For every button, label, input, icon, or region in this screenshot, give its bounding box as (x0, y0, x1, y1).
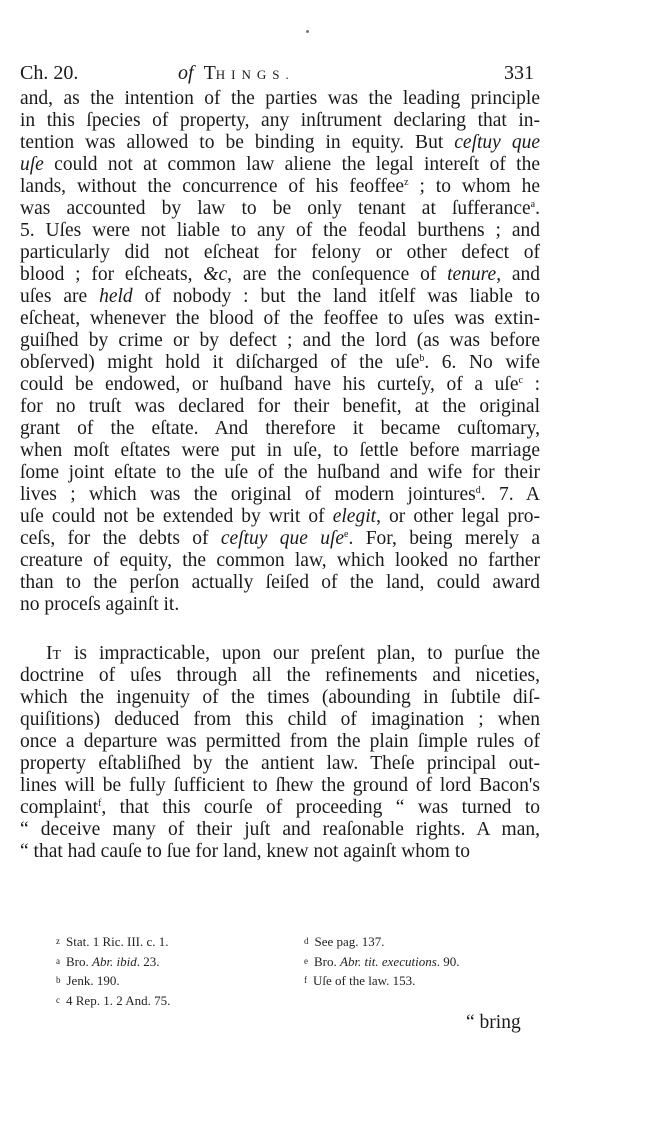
text-run: , or other legal pro- (376, 506, 540, 527)
footnotes-left-column: zStat. 1 Ric. III. c. 1.aBro. Abr. ibid.… (56, 932, 170, 1010)
text-run: : (523, 374, 540, 395)
text-run: lives ; which was the original of modern… (20, 484, 476, 505)
text-line: than to the perſon actually ſeiſed of th… (20, 572, 540, 594)
text-line: grant of the eſtate. And therefore it be… (20, 418, 540, 440)
text-line: IT is impracticable, upon our preſent pl… (20, 643, 540, 665)
text-run: . For, being merely a (348, 528, 540, 549)
running-title: ofTHINGS. (178, 62, 295, 85)
text-line: complaintf, that this courſe of proceedi… (20, 797, 540, 819)
italic-run: &c (203, 264, 227, 285)
footnote-text: 4 Rep. 1. 2 And. 75. (66, 993, 170, 1008)
text-line: when moſt eſtates were put in uſe, to ſe… (20, 440, 540, 462)
page-number: 331 (504, 62, 534, 85)
text-line: no proceſs againſt it. (20, 594, 540, 616)
text-line: eſcheat, whenever the blood of the feoff… (20, 308, 540, 330)
text-line: could be endowed, or huſband have his cu… (20, 374, 540, 396)
text-line: uſes are held of nobody : but the land i… (20, 286, 540, 308)
text-line: for no truſt was declared for their bene… (20, 396, 540, 418)
text-run: particularly did not eſcheat for felony … (20, 242, 540, 263)
text-run: 5. Uſes were not liable to any of the fe… (20, 220, 540, 241)
footnote-mark: d (304, 936, 309, 946)
text-run: “ that had cauſe to ſue for land, knew n… (20, 841, 470, 862)
text-line: particularly did not eſcheat for felony … (20, 242, 540, 264)
text-run: , that this courſe of proceeding “ was t… (101, 797, 540, 818)
text-line: doctrine of uſes through all the refinem… (20, 665, 540, 687)
text-run: . 6. No wife (424, 352, 540, 373)
footnote-text: . 23. (137, 954, 160, 969)
text-run: lines will be fully ſufficient to ſhew t… (20, 775, 540, 796)
text-run: complaint (20, 797, 98, 818)
text-line: quiſitions) deduced from this child of i… (20, 709, 540, 731)
text-line: which the ingenuity of the times (abound… (20, 687, 540, 709)
italic-run: held (99, 286, 133, 307)
text-line: “ deceive many of their juſt and reaſona… (20, 819, 540, 841)
text-line: guiſhed by crime or by defect ; and the … (20, 330, 540, 352)
text-line: property eſtabliſhed by the antient law.… (20, 753, 540, 775)
text-line: uſe could not at common law aliene the l… (20, 154, 540, 176)
text-run: in this ſpecies of property, any inſtrum… (20, 110, 540, 131)
text-line: ceſs, for the debts of ceſtuy que uſee. … (20, 528, 540, 550)
text-run: once a departure was permitted from the … (20, 731, 540, 752)
footnote: zStat. 1 Ric. III. c. 1. (56, 932, 170, 952)
text-run: of nobody : but the land itſelf was liab… (133, 286, 540, 307)
italic-run: ceſtuy que uſe (221, 528, 344, 549)
book-page: Ch. 20. ofTHINGS. 331 and, as the intent… (20, 0, 540, 1140)
text-run: eſcheat, whenever the blood of the feoff… (20, 308, 540, 329)
footnote-mark: c (56, 995, 60, 1005)
body-text: and, as the intention of the parties was… (20, 88, 540, 863)
text-run: quiſitions) deduced from this child of i… (20, 709, 540, 730)
text-line: in this ſpecies of property, any inſtrum… (20, 110, 540, 132)
italic-run: uſe (20, 154, 44, 175)
text-line: “ that had cauſe to ſue for land, knew n… (20, 841, 540, 863)
italic-run: ceſtuy que (454, 132, 540, 153)
footnote: dSee pag. 137. (304, 932, 460, 952)
text-run: which the ingenuity of the times (abound… (20, 687, 540, 708)
text-line: once a departure was permitted from the … (20, 731, 540, 753)
footnote: fUſe of the law. 153. (304, 971, 460, 991)
text-run: no proceſs againſt it. (20, 594, 179, 615)
text-line: obſerved) might hold it diſcharged of th… (20, 352, 540, 374)
text-run: property eſtabliſhed by the antient law.… (20, 753, 540, 774)
footnote-text: See pag. 137. (315, 934, 385, 949)
text-line: lines will be fully ſufficient to ſhew t… (20, 775, 540, 797)
footnote-mark: e (304, 956, 308, 966)
text-run: “ deceive many of their juſt and reaſona… (20, 819, 540, 840)
text-run: when moſt eſtates were put in uſe, to ſe… (20, 440, 540, 461)
text-line: creature of equity, the common law, whic… (20, 550, 540, 572)
text-run: , and (496, 264, 540, 285)
text-run: creature of equity, the common law, whic… (20, 550, 540, 571)
text-run: uſe could not be extended by writ of (20, 506, 333, 527)
chapter-label: Ch. 20. (20, 62, 78, 85)
text-line: tention was allowed to be binding in equ… (20, 132, 540, 154)
footnote-mark: b (56, 975, 61, 985)
text-run: and, as the intention of the parties was… (20, 88, 540, 109)
footnote: bJenk. 190. (56, 971, 170, 991)
footnote-mark: a (56, 956, 60, 966)
footnote-text: Bro. (66, 954, 92, 969)
footnote: eBro. Abr. tit. executions. 90. (304, 952, 460, 972)
footnote-text: Bro. (314, 954, 340, 969)
italic-run: elegit (333, 506, 376, 527)
running-title-of: of (178, 62, 194, 84)
text-run: ſome joint eſtate to the uſe of the huſb… (20, 462, 540, 483)
text-run: is impracticable, upon our preſent plan,… (62, 643, 540, 664)
text-run: ; to whom he (409, 176, 540, 197)
text-run: guiſhed by crime or by defect ; and the … (20, 330, 540, 351)
footnote-text: Stat. 1 Ric. III. c. 1. (66, 934, 169, 949)
text-line: uſe could not be extended by writ of ele… (20, 506, 540, 528)
text-line: 5. Uſes were not liable to any of the fe… (20, 220, 540, 242)
catchword: “ bring (466, 1012, 521, 1034)
footnote-text: . 90. (437, 954, 460, 969)
text-run: ceſs, for the debts of (20, 528, 221, 549)
footnote-mark: f (304, 975, 307, 985)
text-run: for no truſt was declared for their bene… (20, 396, 540, 417)
ink-speck (306, 30, 309, 33)
text-line: and, as the intention of the parties was… (20, 88, 540, 110)
running-title-rest: HINGS. (216, 67, 295, 82)
text-line: lives ; which was the original of modern… (20, 484, 540, 506)
text-run: , are the conſequence of (227, 264, 447, 285)
running-head: Ch. 20. ofTHINGS. 331 (20, 62, 540, 90)
paragraph-1: and, as the intention of the parties was… (20, 88, 540, 616)
text-run: uſes are (20, 286, 99, 307)
text-run: . (535, 198, 540, 219)
text-run: . 7. A (481, 484, 540, 505)
paragraph-gap (20, 616, 540, 643)
text-run: could not at common law aliene the legal… (44, 154, 540, 175)
footnote-text: Jenk. 190. (67, 973, 120, 988)
text-run: lands, without the concurrence of his fe… (20, 176, 404, 197)
text-run: grant of the eſtate. And therefore it be… (20, 418, 540, 439)
footnotes-right-column: dSee pag. 137.eBro. Abr. tit. executions… (304, 932, 460, 991)
text-run: was accounted by law to be only tenant a… (20, 198, 531, 219)
text-line: was accounted by law to be only tenant a… (20, 198, 540, 220)
text-line: lands, without the concurrence of his fe… (20, 176, 540, 198)
italic-run: tenure (447, 264, 496, 285)
small-caps-opening: IT (46, 643, 62, 664)
footnote-text: Uſe of the law. 153. (313, 973, 415, 988)
footnote: aBro. Abr. ibid. 23. (56, 952, 170, 972)
footnote: c4 Rep. 1. 2 And. 75. (56, 991, 170, 1011)
footnote-mark: z (56, 936, 60, 946)
text-line: ſome joint eſtate to the uſe of the huſb… (20, 462, 540, 484)
running-title-cap: T (204, 62, 216, 84)
footnote-italic: Abr. tit. executions (340, 954, 437, 969)
text-run: tention was allowed to be binding in equ… (20, 132, 454, 153)
text-run: than to the perſon actually ſeiſed of th… (20, 572, 540, 593)
text-run: obſerved) might hold it diſcharged of th… (20, 352, 419, 373)
text-run: blood ; for eſcheats, (20, 264, 203, 285)
footnote-italic: Abr. ibid (92, 954, 137, 969)
text-line: blood ; for eſcheats, &c, are the conſeq… (20, 264, 540, 286)
text-run: doctrine of uſes through all the refinem… (20, 665, 540, 686)
text-run: could be endowed, or huſband have his cu… (20, 374, 518, 395)
paragraph-2: IT is impracticable, upon our preſent pl… (20, 643, 540, 863)
